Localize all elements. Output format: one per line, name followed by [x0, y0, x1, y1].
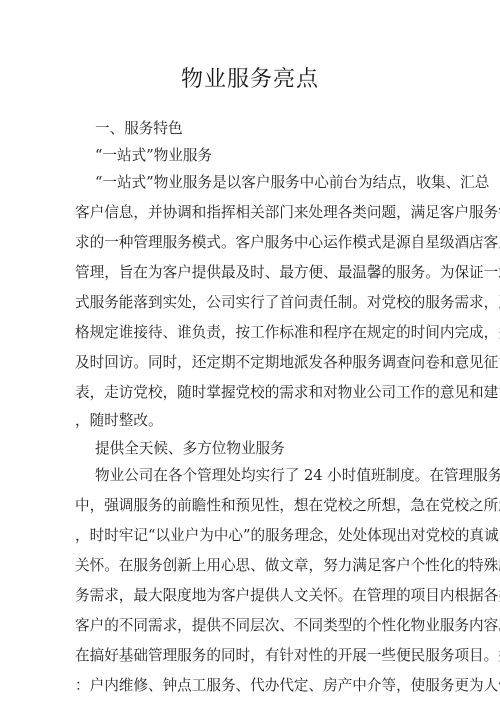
- paragraph-line: 务需求，最大限度地为客户提供人文关怀。在管理的项目内根据各类: [75, 587, 431, 605]
- paragraph-line: 中，强调服务的前瞻性和预见性，想在党校之所想，急在党校之所急: [75, 497, 431, 515]
- paragraph-line: 管理，旨在为客户提供最及时、最方便、最温馨的服务。为保证一站: [75, 264, 431, 282]
- paragraph-line: 客户的不同需求，提供不同层次、不同类型的个性化物业服务内容。: [75, 617, 431, 635]
- paragraph-line: 式服务能落到实处，公司实行了首问责任制。对党校的服务需求，严: [75, 294, 431, 312]
- paragraph-line: 格规定谁接待、谁负责，按工作标准和程序在规定的时间内完成，并: [75, 324, 431, 342]
- paragraph-line: 客户信息，并协调和指挥相关部门来处理各类问题，满足客户服务需: [75, 204, 431, 222]
- paragraph-line: 求的一种管理服务模式。客户服务中心运作模式是源自星级酒店客户: [75, 234, 431, 252]
- paragraph-line: 及时回访。同时，还定期不定期地派发各种服务调查问卷和意见征询: [75, 354, 431, 372]
- paragraph-line: 关怀。在服务创新上用心思、做文章，努力满足客户个性化的特殊服: [75, 557, 431, 575]
- paragraph-line: 物业公司在各个管理处均实行了 24 小时值班制度。在管理服务: [95, 467, 431, 485]
- paragraph-line: ：户内维修、钟点工服务、代办代定、房产中介等，使服务更为人性: [75, 677, 431, 695]
- section-heading: 一、服务特色: [95, 120, 431, 138]
- paragraph-line: ，随时整改。: [75, 412, 431, 430]
- paragraph-line: 表，走访党校，随时掌握党校的需求和对物业公司工作的意见和建议: [75, 384, 431, 402]
- subsection-heading: “一站式”物业服务: [95, 147, 431, 165]
- paragraph-line: “一站式”物业服务是以客户服务中心前台为结点，收集、汇总: [95, 174, 431, 192]
- document-page: 物业服务亮点 一、服务特色 “一站式”物业服务 “一站式”物业服务是以客户服务中…: [0, 0, 500, 707]
- paragraph-line: ，时时牢记“以业户为中心”的服务理念，处处体现出对党校的真诚: [75, 527, 431, 545]
- subsection-heading: 提供全天候、多方位物业服务: [95, 440, 431, 458]
- document-title: 物业服务亮点: [0, 62, 500, 93]
- paragraph-line: 在搞好基础管理服务的同时，有针对性的开展一些便民服务项目。如: [75, 647, 431, 665]
